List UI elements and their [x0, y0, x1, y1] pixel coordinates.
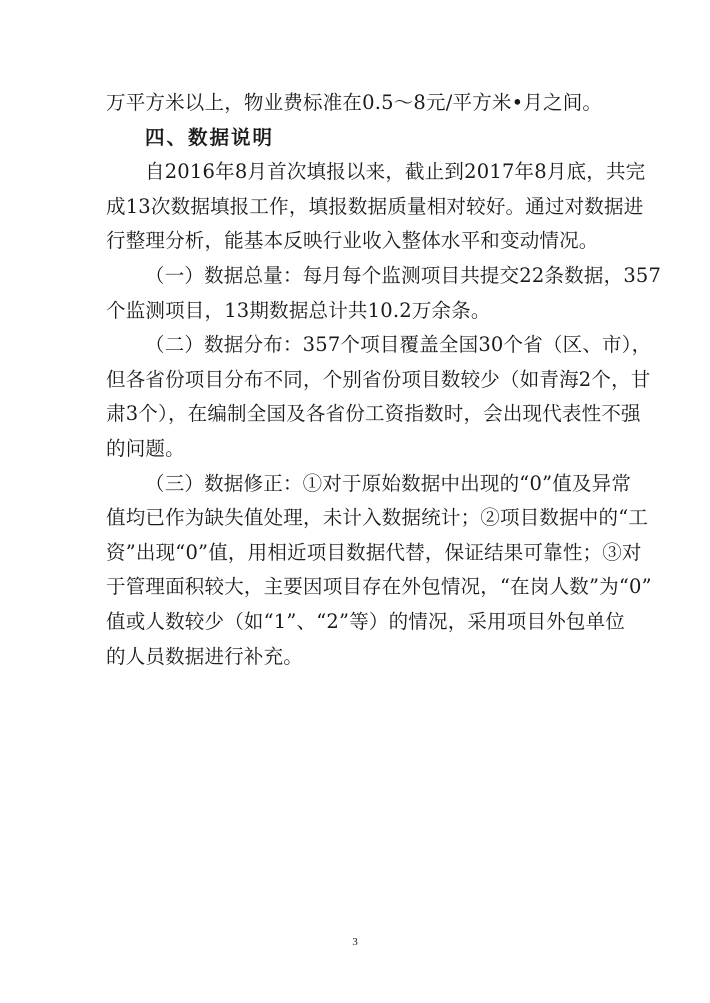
text-line: 成13次数据填报工作，填报数据质量相对较好。通过对数据进 [106, 190, 605, 225]
text-line: 值或人数较少（如“1”、“2”等）的情况，采用项目外包单位 [106, 605, 605, 640]
text-line: 的问题。 [106, 432, 605, 467]
text-line: 万平方米以上，物业费标准在0.5～8元/平方米•月之间。 [106, 86, 605, 121]
text-line: 资”出现“0”值，用相近项目数据代替，保证结果可靠性；③对 [106, 536, 605, 571]
text-line: 个监测项目，13期数据总计共10.2万余条。 [106, 294, 605, 329]
text-line: 的人员数据进行补充。 [106, 640, 605, 675]
paragraph-data-distribution: （二）数据分布：357个项目覆盖全国30个省（区、市）， 但各省份项目分布不同，… [106, 328, 605, 466]
text-line: 但各省份项目分布不同，个别省份项目数较少（如青海2个，甘 [106, 363, 605, 398]
text-line: 自2016年8月首次填报以来，截止到2017年8月底，共完 [106, 155, 605, 190]
text-line: 值均已作为缺失值处理，未计入数据统计；②项目数据中的“工 [106, 501, 605, 536]
section-title: 四、数据说明 [106, 121, 605, 156]
paragraph-data-correction: （三）数据修正：①对于原始数据中出现的“0”值及异常 值均已作为缺失值处理，未计… [106, 467, 605, 675]
page-body: 万平方米以上，物业费标准在0.5～8元/平方米•月之间。 四、数据说明 自201… [106, 86, 605, 674]
paragraph-data-total: （一）数据总量：每月每个监测项目共提交22条数据，357 个监测项目，13期数据… [106, 259, 605, 328]
document-page: 万平方米以上，物业费标准在0.5～8元/平方米•月之间。 四、数据说明 自201… [0, 0, 710, 1003]
text-line: 于管理面积较大，主要因项目存在外包情况，“在岗人数”为“0” [106, 570, 605, 605]
text-line: （二）数据分布：357个项目覆盖全国30个省（区、市）， [106, 328, 605, 363]
text-line: 行整理分析，能基本反映行业收入整体水平和变动情况。 [106, 224, 605, 259]
paragraph-continuation: 万平方米以上，物业费标准在0.5～8元/平方米•月之间。 [106, 86, 605, 121]
paragraph-intro: 自2016年8月首次填报以来，截止到2017年8月底，共完 成13次数据填报工作… [106, 155, 605, 259]
page-number: 3 [0, 936, 710, 948]
text-line: 肃3个），在编制全国及各省份工资指数时，会出现代表性不强 [106, 397, 605, 432]
text-line: （一）数据总量：每月每个监测项目共提交22条数据，357 [106, 259, 605, 294]
text-line: （三）数据修正：①对于原始数据中出现的“0”值及异常 [106, 467, 605, 502]
section-heading: 四、数据说明 [106, 121, 605, 156]
